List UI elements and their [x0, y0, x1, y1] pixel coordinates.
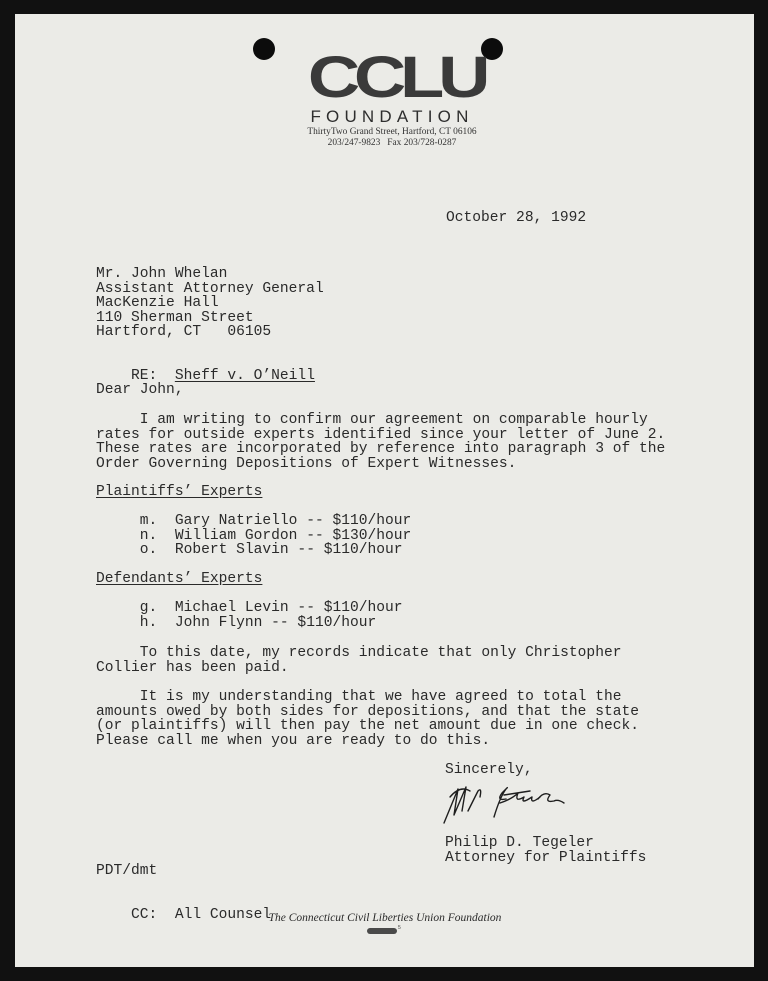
paragraph-line: Collier has been paid.	[96, 661, 621, 676]
valediction: Sincerely,	[445, 763, 533, 778]
footer-organization: The Connecticut Civil Liberties Union Fo…	[255, 912, 515, 924]
recipient-name: Mr. John Whelan	[96, 267, 324, 282]
cc-line: CC: All Counsel	[96, 893, 271, 937]
defendants-experts-list: g. Michael Levin -- $110/hour h. John Fl…	[96, 601, 403, 630]
paragraph-line: It is my understanding that we have agre…	[96, 690, 639, 705]
recipient-building: MacKenzie Hall	[96, 296, 324, 311]
letterhead-address: ThirtyTwo Grand Street, Hartford, CT 061…	[245, 127, 539, 149]
cclu-logo: CCLU	[257, 50, 535, 106]
logo-subtitle: FOUNDATION	[270, 108, 514, 126]
list-item: n. William Gordon -- $130/hour	[96, 529, 411, 544]
signature-block: Philip D. Tegeler Attorney for Plaintiff…	[445, 836, 646, 865]
recipient-city: Hartford, CT 06105	[96, 325, 324, 340]
address-line-2: 203/247-9823 Fax 203/728-0287	[245, 138, 539, 149]
paragraph-line: I am writing to confirm our agreement on…	[96, 413, 665, 428]
list-item: m. Gary Natriello -- $110/hour	[96, 514, 411, 529]
typist-initials: PDT/dmt	[96, 864, 157, 879]
cc-label: CC:	[131, 907, 157, 923]
re-subject: Sheff v. O’Neill	[175, 368, 315, 384]
paragraph-line: Order Governing Depositions of Expert Wi…	[96, 457, 665, 472]
recipient-street: 110 Sherman Street	[96, 311, 324, 326]
union-bug-icon	[367, 928, 397, 934]
paragraph-1: I am writing to confirm our agreement on…	[96, 413, 665, 471]
list-item: o. Robert Slavin -- $110/hour	[96, 543, 411, 558]
paragraph-2: To this date, my records indicate that o…	[96, 646, 621, 675]
signer-name: Philip D. Tegeler	[445, 836, 646, 851]
paragraph-line: To this date, my records indicate that o…	[96, 646, 621, 661]
recipient-title: Assistant Attorney General	[96, 282, 324, 297]
defendants-experts-heading: Defendants’ Experts	[96, 572, 262, 587]
plaintiffs-experts-list: m. Gary Natriello -- $110/hour n. Willia…	[96, 514, 411, 558]
address-line-1: ThirtyTwo Grand Street, Hartford, CT 061…	[245, 127, 539, 138]
salutation: Dear John,	[96, 383, 184, 398]
list-item: g. Michael Levin -- $110/hour	[96, 601, 403, 616]
letter-date: October 28, 1992	[446, 211, 586, 226]
paragraph-line: rates for outside experts identified sin…	[96, 428, 665, 443]
list-item: h. John Flynn -- $110/hour	[96, 616, 403, 631]
paragraph-line: amounts owed by both sides for depositio…	[96, 705, 639, 720]
paragraph-3: It is my understanding that we have agre…	[96, 690, 639, 748]
signer-title: Attorney for Plaintiffs	[445, 851, 646, 866]
handwritten-signature	[440, 777, 590, 827]
plaintiffs-experts-heading: Plaintiffs’ Experts	[96, 485, 262, 500]
union-bug-number: 5	[398, 925, 401, 931]
letter-page: CCLU FOUNDATION ThirtyTwo Grand Street, …	[15, 14, 754, 967]
recipient-address: Mr. John Whelan Assistant Attorney Gener…	[96, 267, 324, 340]
paragraph-line: (or plaintiffs) will then pay the net am…	[96, 719, 639, 734]
paragraph-line: These rates are incorporated by referenc…	[96, 442, 665, 457]
paragraph-line: Please call me when you are ready to do …	[96, 734, 639, 749]
